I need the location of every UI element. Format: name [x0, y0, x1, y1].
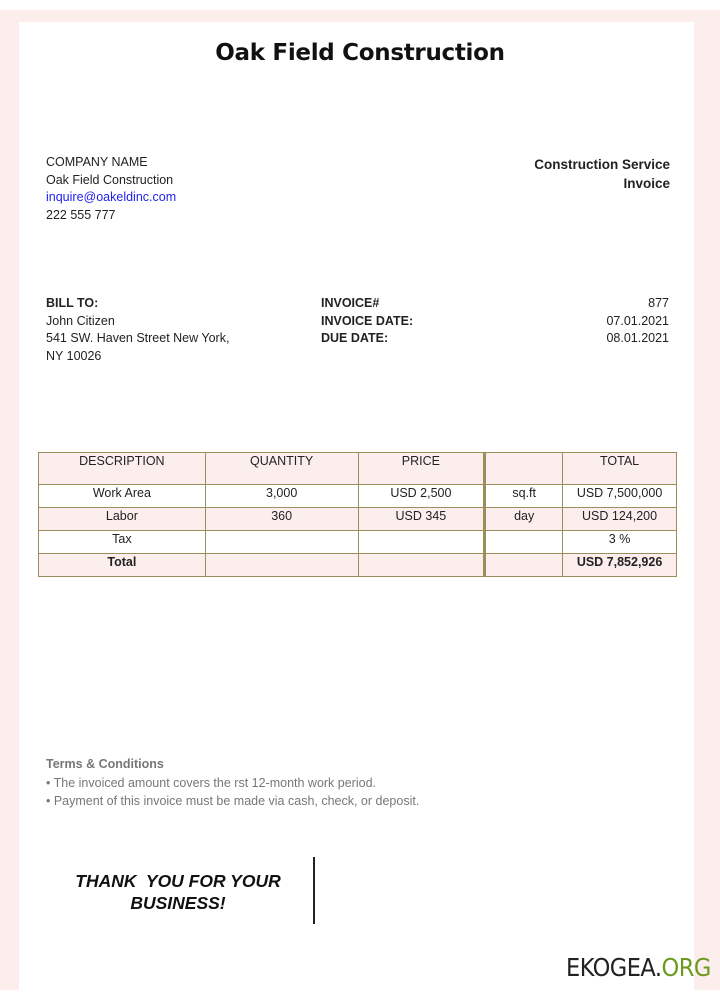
- page-title: Oak Field Construction: [0, 40, 720, 66]
- cell-quantity: 360: [205, 508, 358, 531]
- cell-price: [358, 554, 485, 577]
- bill-to-block: BILL TO: John Citizen 541 SW. Haven Stre…: [46, 295, 229, 365]
- terms-item: • The invoiced amount covers the rst 12-…: [46, 774, 419, 793]
- cell-unit: sq.ft: [485, 485, 563, 508]
- cell-price: USD 2,500: [358, 485, 485, 508]
- due-date-value: 08.01.2021: [606, 330, 669, 348]
- cell-description: Total: [39, 554, 206, 577]
- signature-divider: [313, 857, 315, 924]
- cell-price: [358, 531, 485, 554]
- header-total: TOTAL: [563, 453, 677, 485]
- invoice-date-label: INVOICE DATE:: [321, 313, 413, 331]
- bill-to-label: BILL TO:: [46, 295, 229, 313]
- cell-grand-total: USD 7,852,926: [563, 554, 677, 577]
- header-quantity: QUANTITY: [205, 453, 358, 485]
- cell-quantity: [205, 554, 358, 577]
- terms-item: • Payment of this invoice must be made v…: [46, 792, 419, 811]
- cell-unit: [485, 554, 563, 577]
- document-type-line2: Invoice: [534, 174, 670, 193]
- thank-you-line2: BUSINESS!: [52, 892, 304, 914]
- cell-quantity: [205, 531, 358, 554]
- cell-price: USD 345: [358, 508, 485, 531]
- table-row: Work Area 3,000 USD 2,500 sq.ft USD 7,50…: [39, 485, 677, 508]
- cell-description: Work Area: [39, 485, 206, 508]
- cell-quantity: 3,000: [205, 485, 358, 508]
- invoice-date-value: 07.01.2021: [606, 313, 669, 331]
- invoice-meta-labels: INVOICE# INVOICE DATE: DUE DATE:: [321, 295, 413, 348]
- company-phone: 222 555 777: [46, 207, 176, 225]
- thank-you-line1: THANK YOU FOR YOUR: [52, 870, 304, 892]
- header-price: PRICE: [358, 453, 485, 485]
- document-type-line1: Construction Service: [534, 155, 670, 174]
- watermark-logo: EKOGEA.ORG: [566, 953, 711, 982]
- terms-block: Terms & Conditions • The invoiced amount…: [46, 755, 419, 811]
- watermark-main: EKOGEA.: [566, 953, 662, 982]
- cell-total: 3 %: [563, 531, 677, 554]
- watermark-suffix: ORG: [662, 953, 711, 982]
- header-description: DESCRIPTION: [39, 453, 206, 485]
- company-email-link[interactable]: inquire@oakeldinc.com: [46, 189, 176, 207]
- line-items-table: DESCRIPTION QUANTITY PRICE TOTAL Work Ar…: [38, 452, 677, 577]
- table-total-row: Total USD 7,852,926: [39, 554, 677, 577]
- cell-total: USD 124,200: [563, 508, 677, 531]
- cell-description: Tax: [39, 531, 206, 554]
- company-label: COMPANY NAME: [46, 154, 176, 172]
- cell-description: Labor: [39, 508, 206, 531]
- thank-you-message: THANK YOU FOR YOUR BUSINESS!: [52, 870, 304, 914]
- header-unit: [485, 453, 563, 485]
- table-row: Tax 3 %: [39, 531, 677, 554]
- company-block: COMPANY NAME Oak Field Construction inqu…: [46, 154, 176, 224]
- document-type: Construction Service Invoice: [534, 155, 670, 193]
- company-name: Oak Field Construction: [46, 172, 176, 190]
- bill-to-address-line1: 541 SW. Haven Street New York,: [46, 330, 229, 348]
- bill-to-name: John Citizen: [46, 313, 229, 331]
- cell-unit: [485, 531, 563, 554]
- table-row: Labor 360 USD 345 day USD 124,200: [39, 508, 677, 531]
- invoice-number-value: 877: [606, 295, 669, 313]
- due-date-label: DUE DATE:: [321, 330, 413, 348]
- invoice-meta-values: 877 07.01.2021 08.01.2021: [606, 295, 669, 348]
- terms-heading: Terms & Conditions: [46, 755, 419, 774]
- bill-to-address-line2: NY 10026: [46, 348, 229, 366]
- cell-unit: day: [485, 508, 563, 531]
- cell-total: USD 7,500,000: [563, 485, 677, 508]
- invoice-number-label: INVOICE#: [321, 295, 413, 313]
- table-header-row: DESCRIPTION QUANTITY PRICE TOTAL: [39, 453, 677, 485]
